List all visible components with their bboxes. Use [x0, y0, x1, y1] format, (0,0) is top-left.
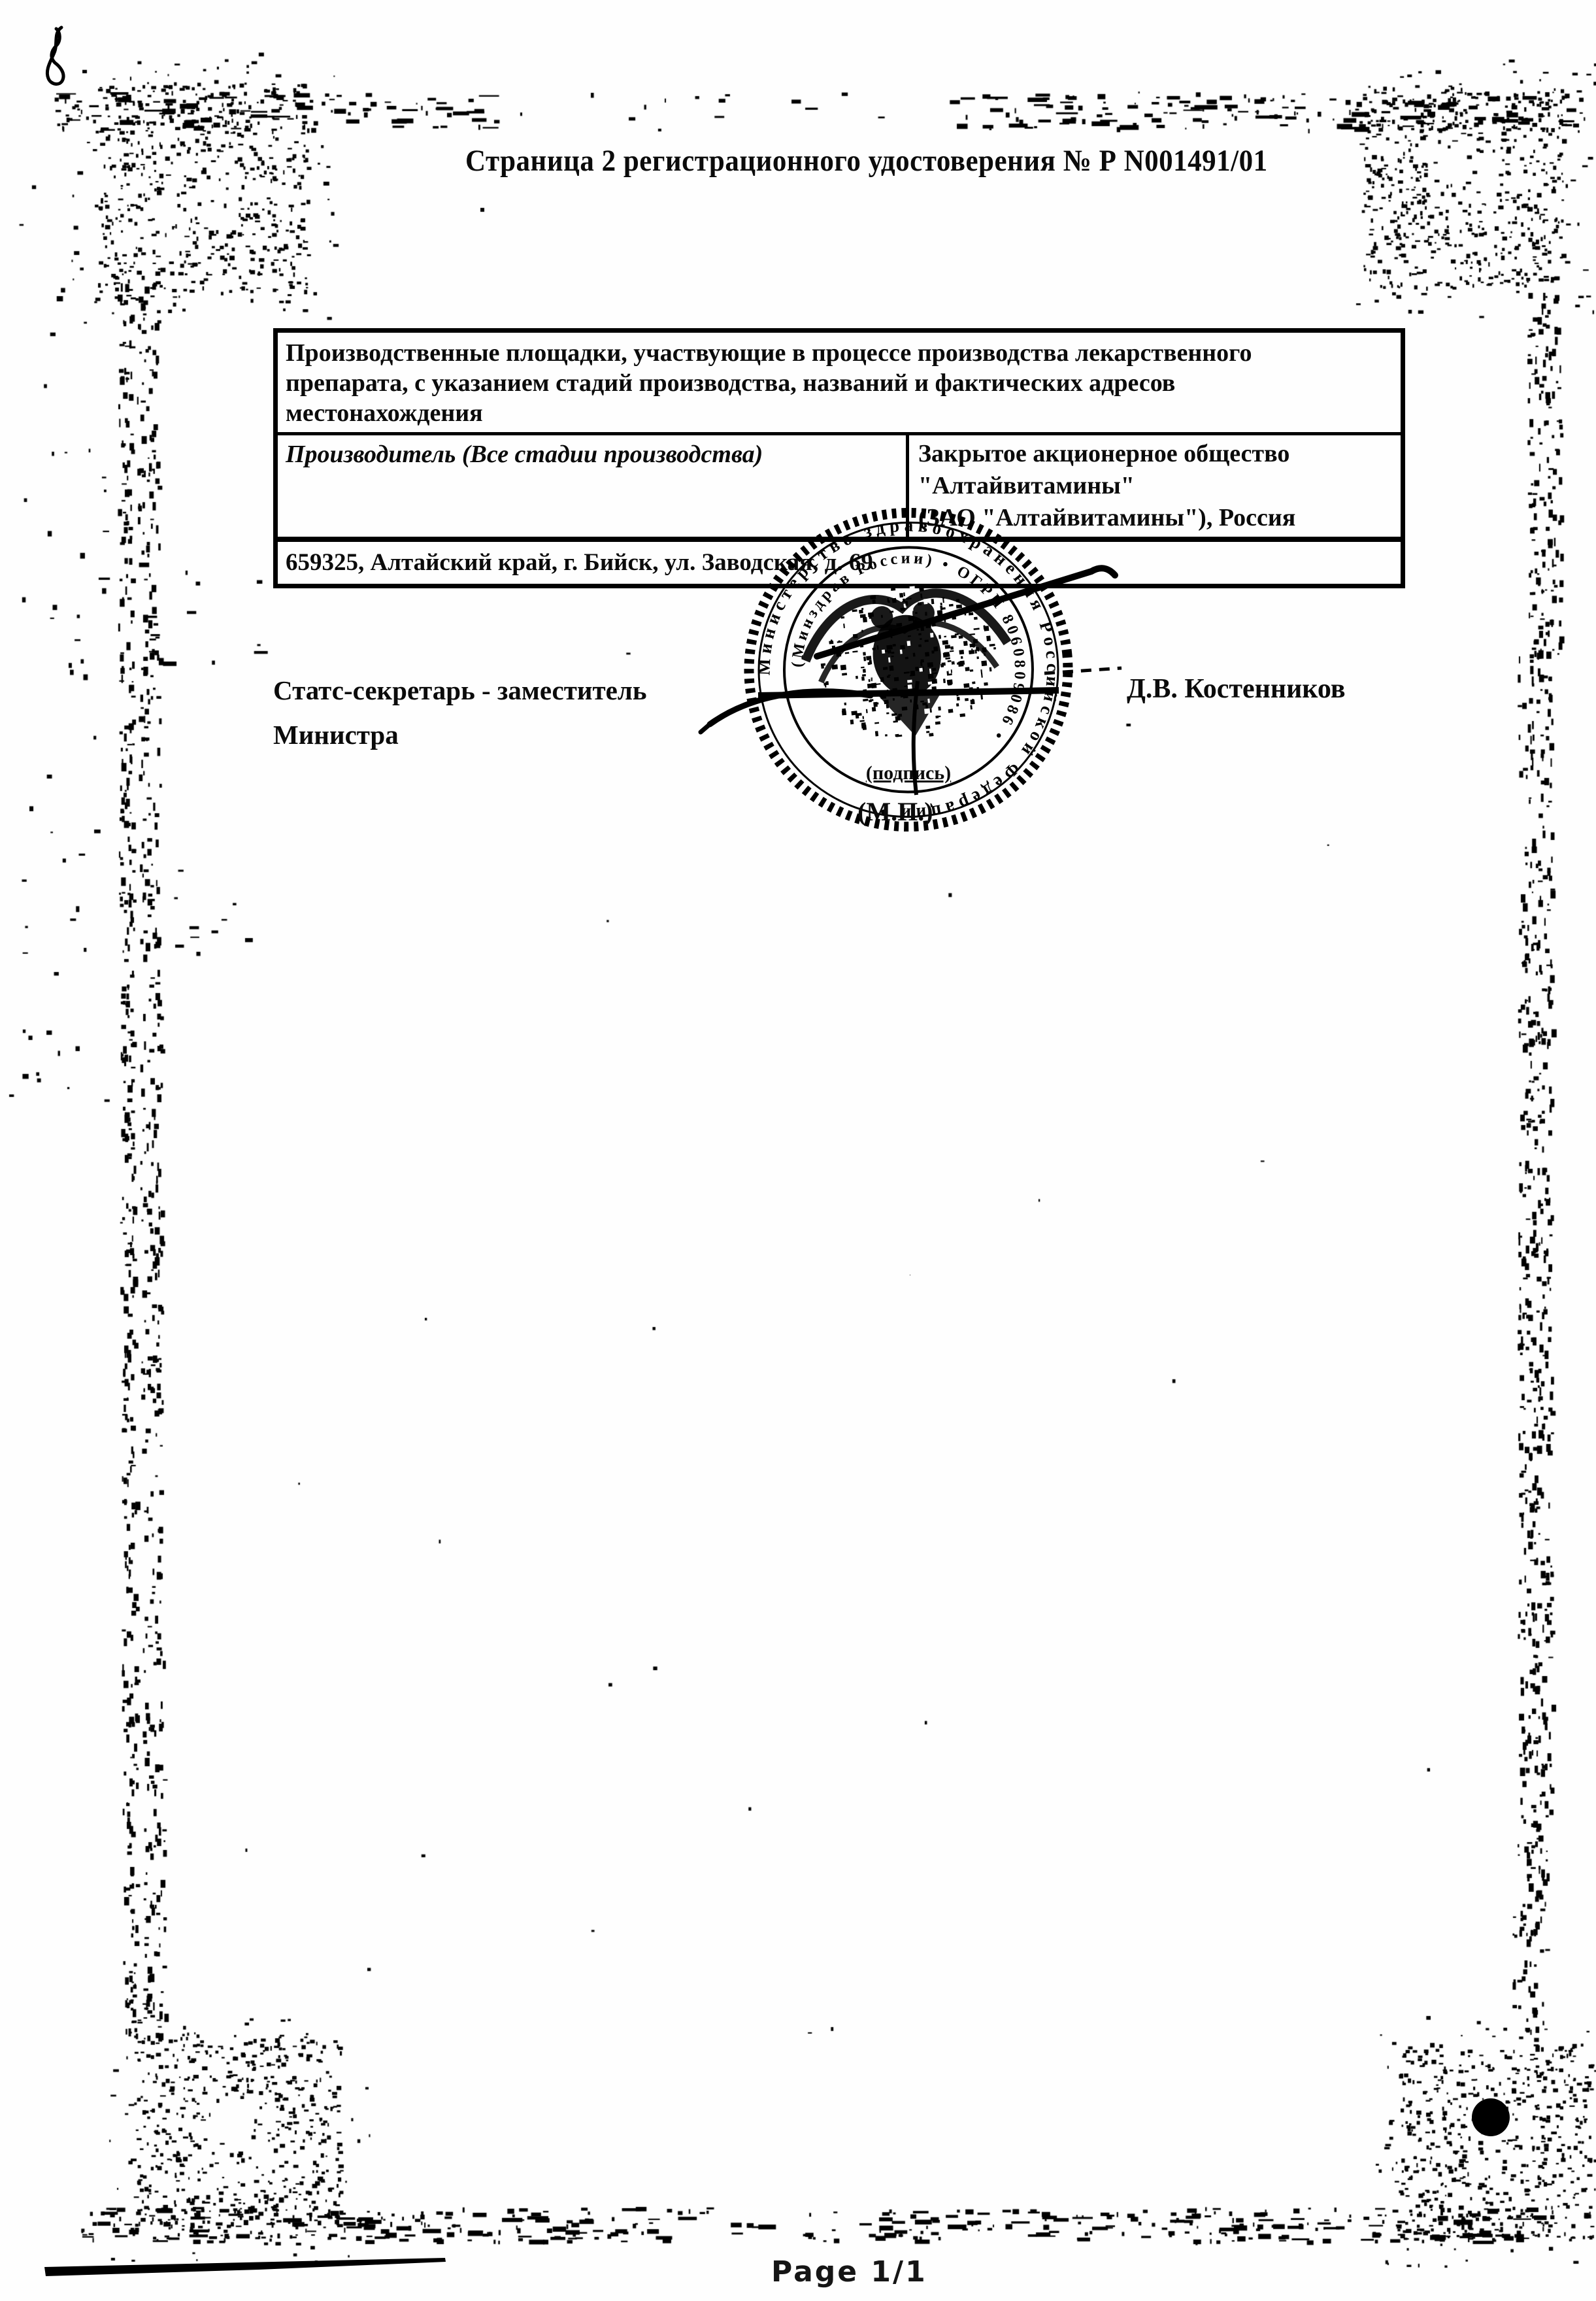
table-header-line: Производственные площадки, участвующие в…	[286, 338, 1393, 368]
page-number-footer: Page 1/1	[771, 2255, 927, 2289]
pen-signature-strokes	[654, 529, 1163, 843]
signatory-position-line: Министра	[273, 713, 647, 757]
producer-value-line: Закрытое акционерное общество	[918, 438, 1391, 470]
handwritten-mark	[38, 24, 84, 90]
signatory-position: Статс-секретарь - заместитель Министра	[273, 668, 647, 757]
scanned-certificate-page: Страница 2 регистрационного удостоверени…	[0, 0, 1596, 2301]
table-header-line: препарата, с указанием стадий производст…	[286, 368, 1393, 398]
hole-punch-dot	[1472, 2098, 1510, 2136]
table-header-cell: Производственные площадки, участвующие в…	[278, 333, 1401, 435]
signatory-position-line: Статс-секретарь - заместитель	[273, 668, 647, 713]
bottom-scan-bar	[43, 2254, 455, 2283]
page-title: Страница 2 регистрационного удостоверени…	[465, 144, 1289, 178]
table-header-line: местонахождения	[286, 398, 1393, 428]
